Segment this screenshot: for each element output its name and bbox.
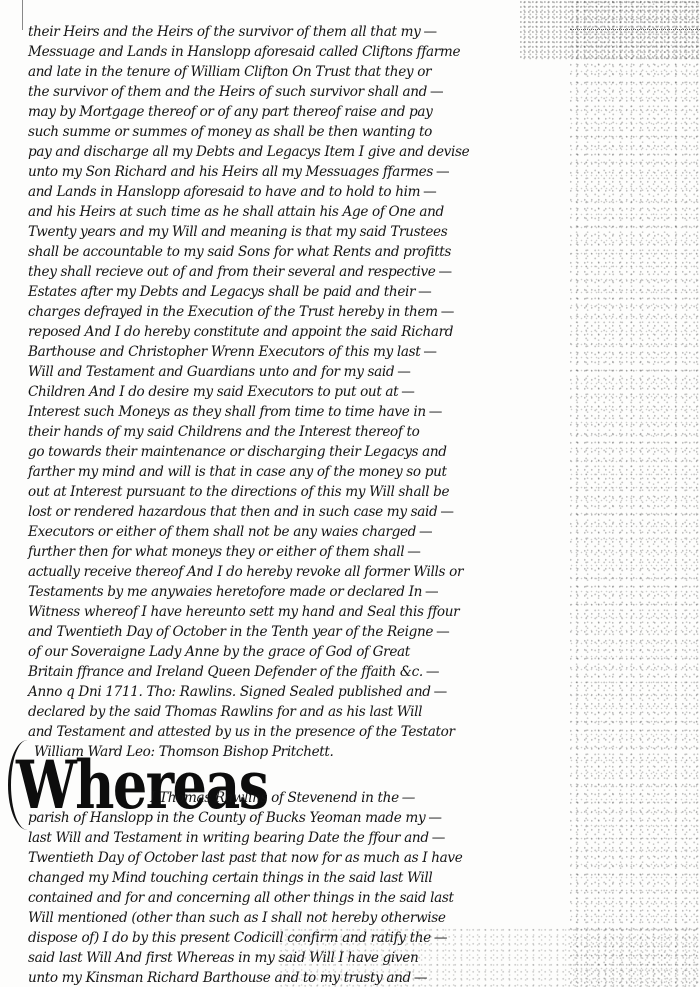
manuscript-line: out at Interest pursuant to the directio… xyxy=(28,482,449,502)
line-text: out at Interest pursuant to the directio… xyxy=(28,484,449,500)
line-text: their Heirs and the Heirs of the survivo… xyxy=(28,24,421,40)
line-text: of our Soveraigne Lady Anne by the grace… xyxy=(28,644,410,660)
line-fill-mark: — xyxy=(438,264,451,280)
manuscript-line: charges defrayed in the Execution of the… xyxy=(28,302,454,322)
line-text: Britain ffrance and Ireland Queen Defend… xyxy=(28,664,423,680)
manuscript-line: Twentieth Day of October last past that … xyxy=(28,848,462,868)
line-text: Children And I do desire my said Executo… xyxy=(28,384,398,400)
line-text: and Twentieth Day of October in the Tent… xyxy=(28,624,433,640)
manuscript-line: may by Mortgage thereof or of any part t… xyxy=(28,102,432,122)
manuscript-line: further then for what moneys they or eit… xyxy=(28,542,420,562)
line-fill-mark: — xyxy=(434,684,447,700)
manuscript-line: parish of Hanslopp in the County of Buck… xyxy=(28,808,442,828)
manuscript-line: and Lands in Hanslopp aforesaid to have … xyxy=(28,182,436,202)
line-text: Interest such Moneys as they shall from … xyxy=(28,404,426,420)
line-fill-mark: — xyxy=(440,504,453,520)
line-fill-mark: — xyxy=(414,970,427,986)
manuscript-line: reposed And I do hereby constitute and a… xyxy=(28,322,453,342)
manuscript-line: unto my Son Richard and his Heirs all my… xyxy=(28,162,449,182)
ruled-line-mark xyxy=(570,29,700,30)
line-text: said last Will And first Whereas in my s… xyxy=(28,950,418,966)
line-text: actually receive thereof And I do hereby… xyxy=(28,564,463,580)
line-text: last Will and Testament in writing beari… xyxy=(28,830,429,846)
line-text: declared by the said Thomas Rawlins for … xyxy=(28,704,422,720)
line-text: further then for what moneys they or eit… xyxy=(28,544,404,560)
line-fill-mark: — xyxy=(441,304,454,320)
manuscript-line: last Will and Testament in writing beari… xyxy=(28,828,445,848)
manuscript-line: dispose of) I do by this present Codicil… xyxy=(28,928,447,948)
manuscript-line: Anno q Dni 1711. Tho: Rawlins. Signed Se… xyxy=(28,682,447,702)
line-text: their hands of my said Childrens and the… xyxy=(28,424,419,440)
manuscript-line: go towards their maintenance or discharg… xyxy=(28,442,447,462)
line-text: unto my Kinsman Richard Barthouse and to… xyxy=(28,970,411,986)
line-text: may by Mortgage thereof or of any part t… xyxy=(28,104,432,120)
line-fill-mark: — xyxy=(397,364,410,380)
line-fill-mark: — xyxy=(419,524,432,540)
line-text: Will and Testament and Guardians unto an… xyxy=(28,364,394,380)
manuscript-line: the survivor of them and the Heirs of su… xyxy=(28,82,443,102)
line-text: Will mentioned (other than such as I sha… xyxy=(28,910,446,926)
manuscript-line: actually receive thereof And I do hereby… xyxy=(28,562,463,582)
line-text: shall be accountable to my said Sons for… xyxy=(28,244,451,260)
manuscript-line: shall be accountable to my said Sons for… xyxy=(28,242,451,262)
line-text: they shall recieve out of and from their… xyxy=(28,264,435,280)
line-text: Twentieth Day of October last past that … xyxy=(28,850,462,866)
manuscript-line: Children And I do desire my said Executo… xyxy=(28,382,415,402)
line-text: and Testament and attested by us in the … xyxy=(28,724,455,740)
manuscript-line: changed my Mind touching certain things … xyxy=(28,868,432,888)
manuscript-line: Testaments by me anywaies heretofore mad… xyxy=(28,582,438,602)
line-text: reposed And I do hereby constitute and a… xyxy=(28,324,453,340)
line-fill-mark: — xyxy=(429,404,442,420)
manuscript-line: lost or rendered hazardous that then and… xyxy=(28,502,454,522)
line-text: lost or rendered hazardous that then and… xyxy=(28,504,437,520)
margin-rule xyxy=(22,0,23,30)
line-fill-mark: — xyxy=(434,930,447,946)
manuscript-line: Barthouse and Christopher Wrenn Executor… xyxy=(28,342,437,362)
manuscript-line: and Testament and attested by us in the … xyxy=(28,722,455,742)
line-text: and his Heirs at such time as he shall a… xyxy=(28,204,444,220)
line-fill-mark: — xyxy=(425,584,438,600)
manuscript-line: contained and for and concerning all oth… xyxy=(28,888,454,908)
line-fill-mark: — xyxy=(401,384,414,400)
whereas-first-line: I Thomas Rawlins of Stevenend in the— xyxy=(150,790,415,806)
line-text: go towards their maintenance or discharg… xyxy=(28,444,447,460)
line-fill-mark: — xyxy=(418,284,431,300)
line-text: changed my Mind touching certain things … xyxy=(28,870,432,886)
line-fill-mark: — xyxy=(436,164,449,180)
line-fill-mark: — xyxy=(407,544,420,560)
manuscript-line: Britain ffrance and Ireland Queen Defend… xyxy=(28,662,439,682)
manuscript-line: Messuage and Lands in Hanslopp aforesaid… xyxy=(28,42,460,62)
line-text: charges defrayed in the Execution of the… xyxy=(28,304,438,320)
line-text: and late in the tenure of William Clifto… xyxy=(28,64,431,80)
manuscript-line: they shall recieve out of and from their… xyxy=(28,262,452,282)
manuscript-line: pay and discharge all my Debts and Legac… xyxy=(28,142,469,162)
line-text: Witness whereof I have hereunto sett my … xyxy=(28,604,459,620)
manuscript-line: such summe or summes of money as shall b… xyxy=(28,122,432,142)
scan-noise-top-corner xyxy=(520,0,700,60)
manuscript-line: their Heirs and the Heirs of the survivo… xyxy=(28,22,437,42)
line-text: the survivor of them and the Heirs of su… xyxy=(28,84,427,100)
line-text: I Thomas Rawlins of Stevenend in the xyxy=(150,790,399,806)
manuscript-line: their hands of my said Childrens and the… xyxy=(28,422,419,442)
line-text: such summe or summes of money as shall b… xyxy=(28,124,432,140)
line-text: Twenty years and my Will and meaning is … xyxy=(28,224,447,240)
scan-noise-right-margin xyxy=(570,0,700,987)
manuscript-line: and Twentieth Day of October in the Tent… xyxy=(28,622,449,642)
line-fill-mark: — xyxy=(436,624,449,640)
line-fill-mark: — xyxy=(432,830,445,846)
line-text: Anno q Dni 1711. Tho: Rawlins. Signed Se… xyxy=(28,684,431,700)
line-text: farther my mind and will is that in case… xyxy=(28,464,447,480)
manuscript-line: Executors or either of them shall not be… xyxy=(28,522,432,542)
line-text: Barthouse and Christopher Wrenn Executor… xyxy=(28,344,420,360)
line-fill-mark: — xyxy=(428,810,441,826)
manuscript-line: Estates after my Debts and Legacys shall… xyxy=(28,282,431,302)
manuscript-line: Will and Testament and Guardians unto an… xyxy=(28,362,410,382)
manuscript-line: Will mentioned (other than such as I sha… xyxy=(28,908,446,928)
line-fill-mark: — xyxy=(402,790,415,806)
line-text: and Lands in Hanslopp aforesaid to have … xyxy=(28,184,420,200)
manuscript-line: Twenty years and my Will and meaning is … xyxy=(28,222,447,242)
manuscript-line: said last Will And first Whereas in my s… xyxy=(28,948,418,968)
line-fill-mark: — xyxy=(423,184,436,200)
line-text: contained and for and concerning all oth… xyxy=(28,890,454,906)
manuscript-line: unto my Kinsman Richard Barthouse and to… xyxy=(28,968,427,987)
line-fill-mark: — xyxy=(426,664,439,680)
line-text: Testaments by me anywaies heretofore mad… xyxy=(28,584,422,600)
line-fill-mark: — xyxy=(423,344,436,360)
line-text: Estates after my Debts and Legacys shall… xyxy=(28,284,415,300)
line-fill-mark: — xyxy=(424,24,437,40)
line-text: pay and discharge all my Debts and Legac… xyxy=(28,144,469,160)
manuscript-line: Witness whereof I have hereunto sett my … xyxy=(28,602,459,622)
line-text: parish of Hanslopp in the County of Buck… xyxy=(28,810,425,826)
manuscript-line: farther my mind and will is that in case… xyxy=(28,462,447,482)
manuscript-line: and his Heirs at such time as he shall a… xyxy=(28,202,444,222)
line-text: Executors or either of them shall not be… xyxy=(28,524,416,540)
line-fill-mark: — xyxy=(430,84,443,100)
manuscript-line: of our Soveraigne Lady Anne by the grace… xyxy=(28,642,410,662)
manuscript-line: declared by the said Thomas Rawlins for … xyxy=(28,702,422,722)
line-text: Messuage and Lands in Hanslopp aforesaid… xyxy=(28,44,460,60)
manuscript-line: Interest such Moneys as they shall from … xyxy=(28,402,442,422)
line-text: unto my Son Richard and his Heirs all my… xyxy=(28,164,433,180)
manuscript-line: and late in the tenure of William Clifto… xyxy=(28,62,431,82)
line-text: dispose of) I do by this present Codicil… xyxy=(28,930,431,946)
